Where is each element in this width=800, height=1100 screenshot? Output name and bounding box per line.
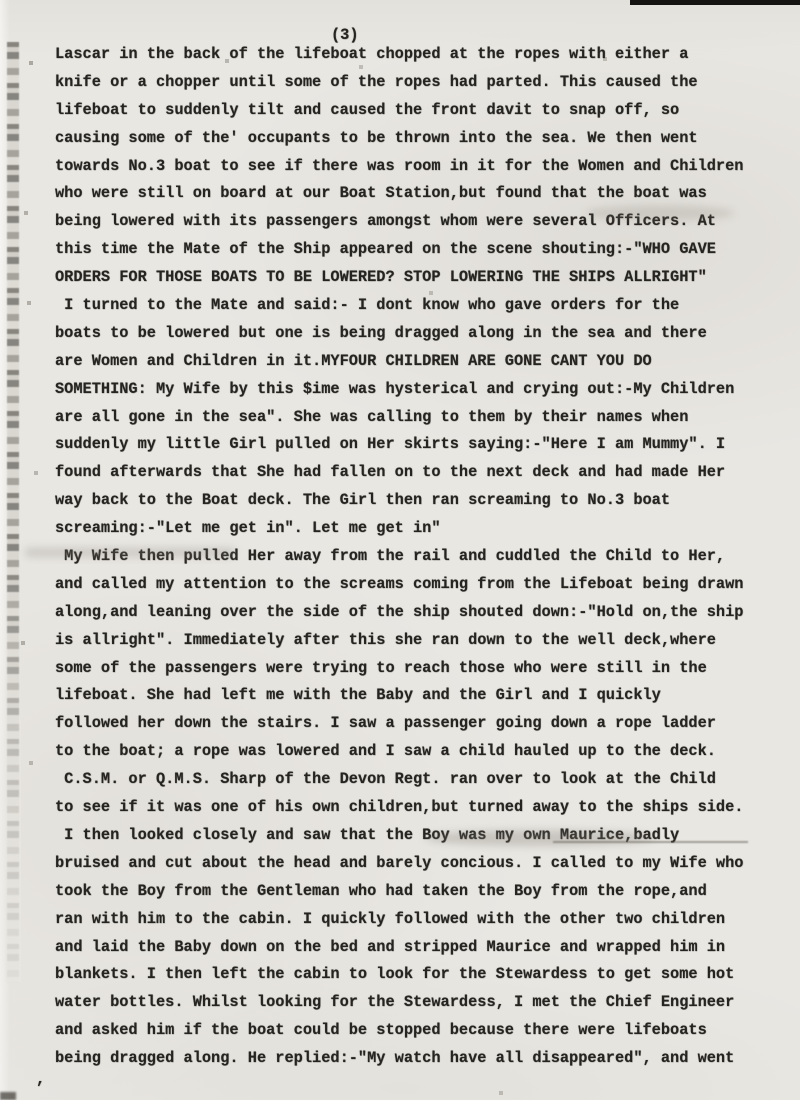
text-line: being dragged along. He replied:-"My wat… [55, 1045, 795, 1073]
text-line: lifeboat. She had left me with the Baby … [55, 682, 795, 710]
text-line: along,and leaning over the side of the s… [55, 599, 795, 627]
scan-artifact-smudge [425, 830, 655, 846]
text-line: took the Boy from the Gentleman who had … [55, 878, 795, 906]
text-line: bruised and cut about the head and barel… [55, 850, 795, 878]
text-line: followed her down the stairs. I saw a pa… [55, 710, 795, 738]
text-line: ran with him to the cabin. I quickly fol… [55, 906, 795, 934]
text-line: to the boat; a rope was lowered and I sa… [55, 738, 795, 766]
text-line: screaming:-"Let me get in". Let me get i… [55, 515, 795, 543]
text-line: and laid the Baby down on the bed and st… [55, 934, 795, 962]
text-line: water bottles. Whilst looking for the St… [55, 989, 795, 1017]
text-line: I turned to the Mate and said:- I dont k… [55, 292, 795, 320]
text-line: causing some of the' occupants to be thr… [55, 125, 795, 153]
text-line: found afterwards that She had fallen on … [55, 459, 795, 487]
scan-artifact-top-bar [630, 0, 800, 5]
text-line: some of the passengers were trying to re… [55, 655, 795, 683]
text-line: suddenly my little Girl pulled on Her sk… [55, 431, 795, 459]
text-line: are Women and Children in it.MYFOUR CHIL… [55, 348, 795, 376]
text-line: are all gone in the sea". She was callin… [55, 404, 795, 432]
text-line: knife or a chopper until some of the rop… [55, 69, 795, 97]
scan-artifact-corner-speck [0, 1092, 16, 1100]
scanned-document-page: (3) Lascar in the back of the lifeboat c… [0, 0, 800, 1100]
text-line: blankets. I then left the cabin to look … [55, 961, 795, 989]
scan-artifact-specks [0, 0, 2, 2]
text-line: SOMETHING: My Wife by this $ime was hyst… [55, 376, 795, 404]
text-line: I then looked closely and saw that the B… [55, 822, 795, 850]
scan-artifact-smudge [585, 205, 735, 221]
text-line: to see if it was one of his own children… [55, 794, 795, 822]
text-line: Lascar in the back of the lifeboat chopp… [55, 41, 795, 69]
text-line: ORDERS FOR THOSE BOATS TO BE LOWERED? ST… [55, 264, 795, 292]
text-line: C.S.M. or Q.M.S. Sharp of the Devon Regt… [55, 766, 795, 794]
scan-artifact-strike-line [553, 841, 748, 843]
text-line: and called my attention to the screams c… [55, 571, 795, 599]
scan-artifact-left-edge-fade [5, 42, 21, 982]
stray-typed-mark: , [36, 1070, 45, 1088]
text-line: way back to the Boat deck. The Girl then… [55, 487, 795, 515]
text-line: lifeboat to suddenly tilt and caused the… [55, 97, 795, 125]
text-line: is allright". Immediately after this she… [55, 627, 795, 655]
scan-artifact-smudge [25, 548, 235, 557]
text-line: towards No.3 boat to see if there was ro… [55, 153, 795, 181]
text-line: boats to be lowered but one is being dra… [55, 320, 795, 348]
text-line: who were still on board at our Boat Stat… [55, 180, 795, 208]
text-line: and asked him if the boat could be stopp… [55, 1017, 795, 1045]
text-line: this time the Mate of the Ship appeared … [55, 236, 795, 264]
